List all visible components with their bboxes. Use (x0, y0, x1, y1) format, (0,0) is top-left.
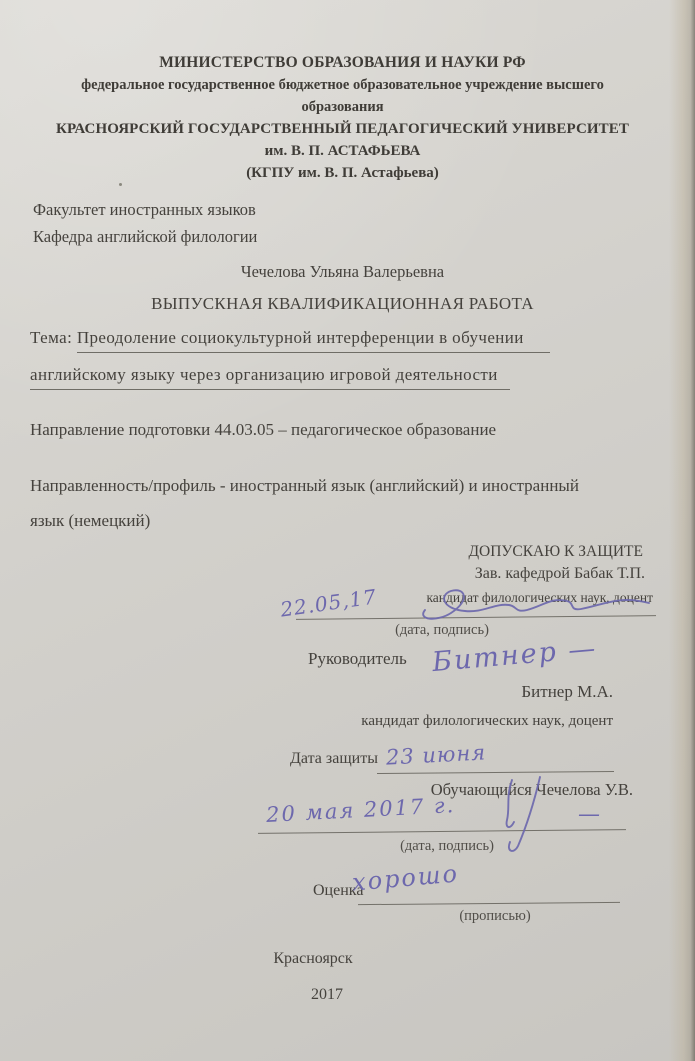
university-line: КРАСНОЯРСКИЙ ГОСУДАРСТВЕННЫЙ ПЕДАГОГИЧЕС… (32, 118, 653, 140)
grade-caption: (прописью) (405, 908, 585, 925)
ministry-line: МИНИСТЕРСТВО ОБРАЗОВАНИЯ И НАУКИ РФ (32, 52, 653, 74)
supervisor-signature-handwritten: Битнер — (431, 633, 599, 678)
supervisor-name: Битнер М.А. (521, 682, 613, 702)
work-type-title: ВЫПУСКНАЯ КВАЛИФИКАЦИОННАЯ РАБОТА (0, 294, 685, 314)
profile-line-2: язык (немецкий) (30, 511, 150, 531)
institution-line-2: образования (32, 96, 653, 118)
defense-date-handwritten: 23 июня (385, 740, 486, 769)
department-line: Кафедра английской филологии (33, 223, 257, 250)
admission-caption: (дата, подпись) (352, 622, 532, 639)
defense-date-label: Дата защиты (290, 750, 378, 768)
author-name: Чечелова Ульяна Валерьевна (0, 262, 685, 282)
profile-line-1: Направленность/профиль - иностранный язы… (30, 476, 579, 496)
admission-approve: ДОПУСКАЮ К ЗАЩИТЕ (468, 543, 643, 561)
city-line: Красноярск (233, 950, 393, 968)
theme-label: Тема: (30, 328, 72, 347)
theme-line-2: английскому языку через организацию игро… (30, 365, 510, 385)
document-page: МИНИСТЕРСТВО ОБРАЗОВАНИЯ И НАУКИ РФ феде… (0, 0, 695, 1061)
year-line: 2017 (247, 986, 407, 1004)
named-after-line: им. В. П. АСТАФЬЕВА (32, 140, 653, 162)
supervisor-label: Руководитель (308, 649, 407, 669)
paper-edge-shadow (669, 0, 695, 1061)
head-signature-scribble (415, 578, 657, 626)
institution-line-1: федеральное государственное бюджетное об… (32, 74, 653, 96)
document-header: МИНИСТЕРСТВО ОБРАЗОВАНИЯ И НАУКИ РФ феде… (32, 52, 653, 184)
admission-date-handwritten: 22.05,17 (279, 584, 378, 621)
student-date-handwritten: 20 мая 2017 г. (266, 793, 456, 827)
student-caption: (дата, подпись) (357, 838, 537, 855)
grade-line (358, 902, 620, 905)
theme-text-2: английскому языку через организацию игро… (30, 365, 510, 390)
grade-value-handwritten: хорошо (351, 859, 460, 896)
faculty-line: Факультет иностранных языков (33, 196, 257, 223)
faculty-department-block: Факультет иностранных языков Кафедра анг… (33, 196, 257, 250)
theme-text-1: Преодоление социокультурной интерференци… (77, 328, 550, 353)
direction-line: Направление подготовки 44.03.05 – педаго… (30, 420, 496, 440)
theme-line-1: Тема: Преодоление социокультурной интерф… (30, 328, 550, 348)
supervisor-degree: кандидат филологических наук, доцент (361, 713, 613, 730)
abbreviation-line: (КГПУ им. В. П. Астафьева) (32, 162, 653, 184)
student-dash-handwritten: — (578, 802, 601, 827)
